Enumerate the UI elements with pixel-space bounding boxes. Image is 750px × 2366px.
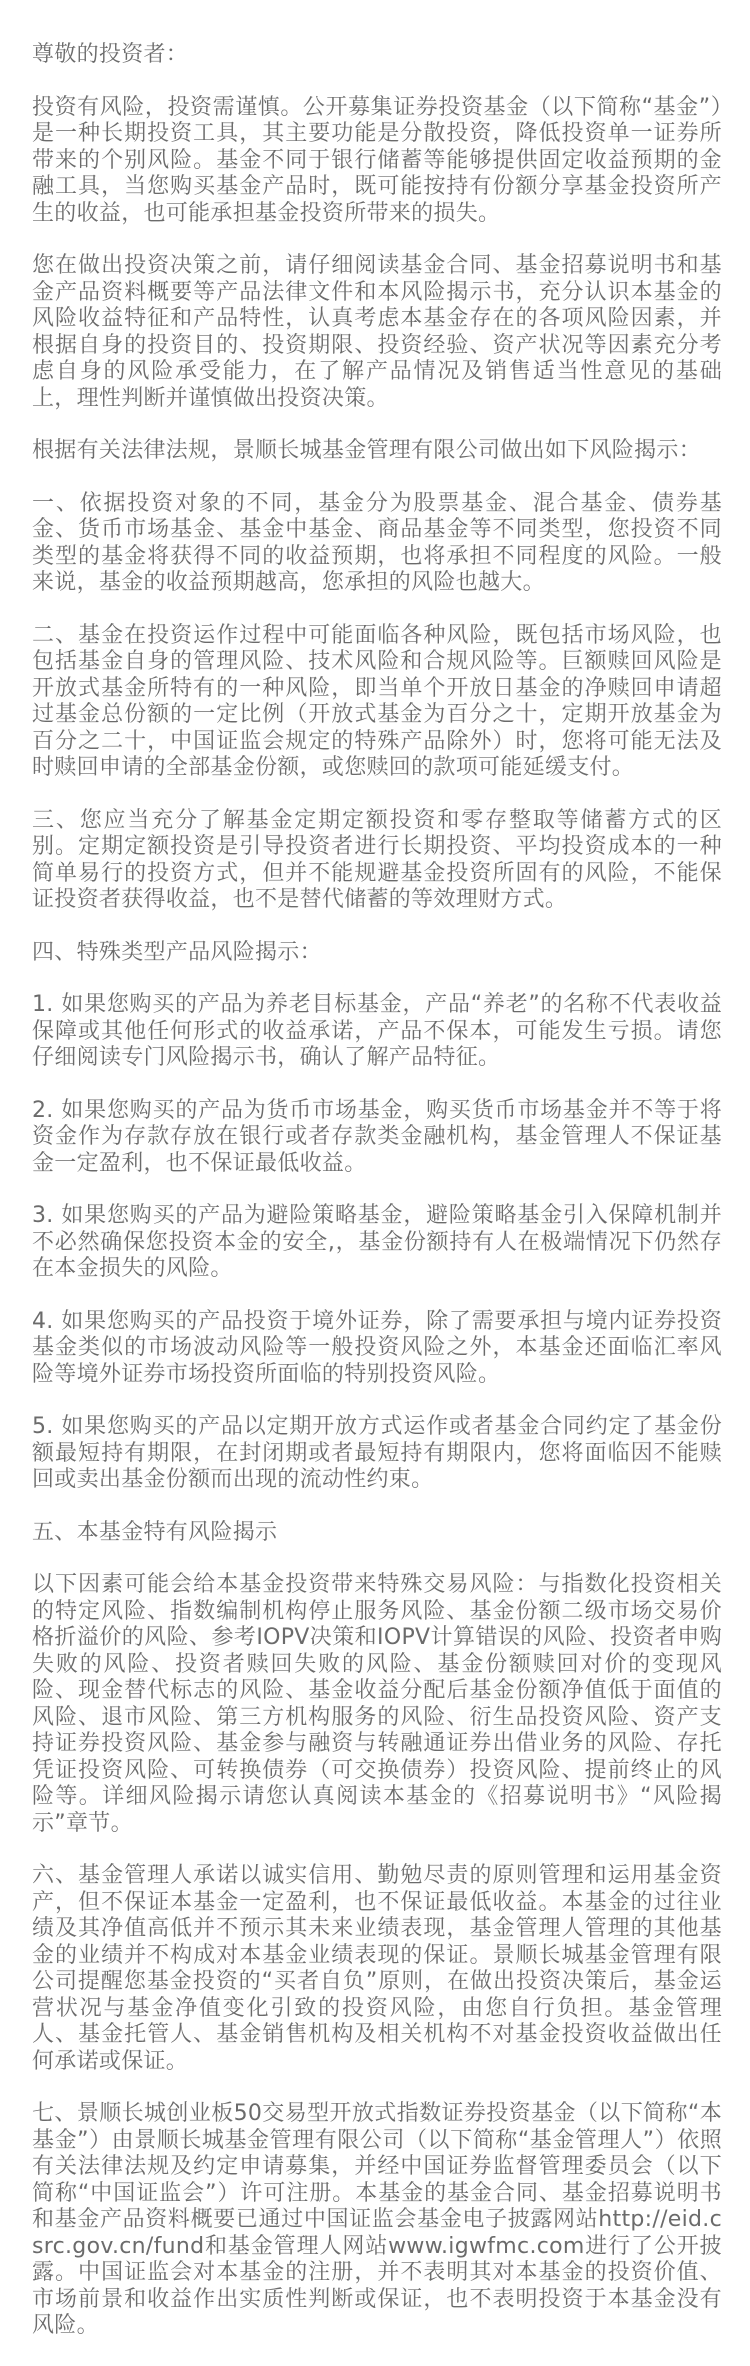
section-4-item-4: 4. 如果您购买的产品投资于境外证券，除了需要承担与境内证券投资基金类似的市场波… — [32, 1309, 722, 1389]
disclosure-lead: 根据有关法律法规，景顺长城基金管理有限公司做出如下风险揭示： — [32, 438, 722, 465]
section-4-heading: 四、特殊类型产品风险揭示： — [32, 940, 722, 967]
section-5-heading: 五、本基金特有风险揭示 — [32, 1520, 722, 1547]
section-5-body: 以下因素可能会给本基金投资带来特殊交易风险：与指数化投资相关的特定风险、指数编制… — [32, 1572, 722, 1837]
section-6: 六、基金管理人承诺以诚实信用、勤勉尽责的原则管理和运用基金资产，但不保证本基金一… — [32, 1863, 722, 1909]
section-4-item-5: 5. 如果您购买的产品以定期开放方式运作或者基金合同约定了基金份额最短持有期限，… — [32, 1414, 722, 1494]
salutation: 尊敬的投资者： — [32, 42, 722, 69]
risk-disclosure-document: 尊敬的投资者： 投资有风险，投资需谨慎。公开募集证券投资基金（以下简称“基金”）… — [32, 42, 722, 1909]
section-2: 二、基金在投资运作过程中可能面临各种风险，既包括市场风险，也包括基金自身的管理风… — [32, 623, 722, 782]
intro-paragraph: 投资有风险，投资需谨慎。公开募集证券投资基金（以下简称“基金”）是一种长期投资工… — [32, 95, 722, 228]
section-4-item-1: 1. 如果您购买的产品为养老目标基金，产品“养老”的名称不代表收益保障或其他任何… — [32, 992, 722, 1072]
section-1: 一、依据投资对象的不同，基金分为股票基金、混合基金、债券基金、货币市场基金、基金… — [32, 491, 722, 597]
decision-paragraph: 您在做出投资决策之前，请仔细阅读基金合同、基金招募说明书和基金产品资料概要等产品… — [32, 253, 722, 412]
section-3: 三、您应当充分了解基金定期定额投资和零存整取等储蓄方式的区别。定期定额投资是引导… — [32, 808, 722, 914]
section-4-item-3: 3. 如果您购买的产品为避险策略基金，避险策略基金引入保障机制并不必然确保您投资… — [32, 1203, 722, 1283]
section-4-item-2: 2. 如果您购买的产品为货币市场基金，购买货币市场基金并不等于将资金作为存款存放… — [32, 1098, 722, 1178]
